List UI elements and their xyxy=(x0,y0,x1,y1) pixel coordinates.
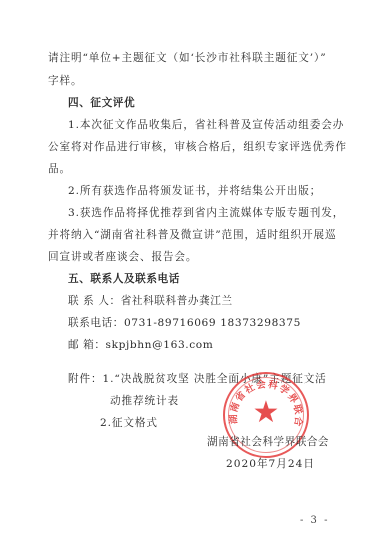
seal-star-icon: ★ xyxy=(253,398,280,428)
paragraph-line: 品。 xyxy=(48,162,71,176)
contact-phone: 联系电话：0731-89716069 18373298375 xyxy=(68,316,301,330)
text-line: 请注明“单位+主题征文（如‘长沙市社科联主题征文’）” xyxy=(48,51,327,65)
attachment-item-1-continued: 动推荐统计表 xyxy=(110,394,179,408)
paragraph-line: 回宣讲或者座谈会、报告会。 xyxy=(48,250,197,264)
paragraph-line: 公室将对作品进行审核，审核合格后，组织专家评选优秀作 xyxy=(48,140,347,154)
page-number: - 3 - xyxy=(300,515,329,526)
section-heading-contact: 五、联系人及联系电话 xyxy=(68,272,180,286)
attachment-item-2: 2.征文格式 xyxy=(100,416,158,430)
paragraph-line: 1.本次征文作品收集后，省社科普及宣传活动组委会办 xyxy=(68,118,344,132)
document-page: 请注明“单位+主题征文（如‘长沙市社科联主题征文’）” 字样。 四、征文评优 1… xyxy=(0,0,380,555)
paragraph-line: 3.获选作品将择优推荐到省内主流媒体专版专题刊发， xyxy=(68,206,344,220)
signature-organization: 湖南省社会科学界联合会 xyxy=(207,435,329,449)
text-line: 字样。 xyxy=(48,74,82,88)
paragraph-line: 2.所有获选作品将颁发证书，并将结集公开出版； xyxy=(68,184,321,198)
contact-person: 联 系 人：省社科联科普办龚江兰 xyxy=(68,294,233,308)
contact-email: 邮 箱：skpjbhn@163.com xyxy=(68,338,213,352)
signature-date: 2020年7月24日 xyxy=(226,457,315,471)
paragraph-line: 并将纳入“湖南省社科普及微宣讲”范围，适时组织开展巡 xyxy=(48,228,336,242)
section-heading-evaluation: 四、征文评优 xyxy=(68,96,135,110)
